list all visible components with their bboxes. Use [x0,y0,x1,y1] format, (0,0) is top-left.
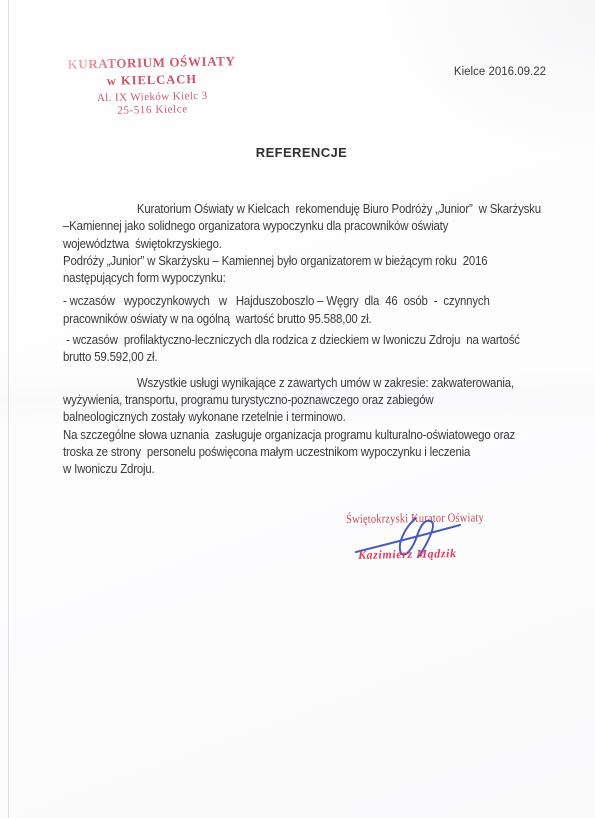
body-line: wyżywienia, transportu, programu turysty… [63,391,582,408]
body-line: Wszystkie usługi wynikające z zawartych … [63,374,582,391]
body-line: Kuratorium Oświaty w Kielcach rekomenduj… [63,200,582,217]
body-line: województwa świętokrzyskiego. [63,235,582,252]
body-line: - wczasów profilaktyczno-leczniczych dla… [63,331,582,348]
body-line: pracowników oświaty w na ogólną wartość … [63,310,582,327]
body-line: –Kamiennej jako solidnego organizatora w… [63,217,582,234]
body-line: w Iwoniczu Zdroju. [63,460,582,477]
body-line: następujących form wypoczynku: [63,269,582,286]
scan-edge-line [8,0,9,818]
letter-body: Kuratorium Oświaty w Kielcach rekomenduj… [63,200,582,477]
body-line: Podróży „Junior” w Skarżysku – Kamiennej… [63,252,582,269]
body-line: balneologicznych zostały wykonane rzetel… [63,408,582,425]
body-line: - wczasów wypoczynkowych w Hajduszoboszl… [63,292,582,309]
stamp-postal-city: 25-516 Kielce [62,102,242,118]
scanned-page: KURATORIUM OŚWIATY w KIELCACH Al. IX Wie… [0,0,595,818]
body-line: brutto 59.592,00 zł. [63,348,582,365]
paragraph-holiday-item: - wczasów wypoczynkowych w Hajduszoboszl… [63,292,582,327]
scan-shading-top-right [375,0,595,160]
stamp-org-city: w KIELCACH [62,71,242,90]
date-line: Kielce 2016.09.22 [454,66,546,78]
paragraph-closing: Wszystkie usługi wynikające z zawartych … [63,374,582,478]
body-line: Na szczególne słowa uznania zasługuje or… [63,426,582,443]
body-line: troska ze strony personelu poświęcona ma… [63,443,582,460]
paragraph-recommendation: Kuratorium Oświaty w Kielcach rekomenduj… [63,200,582,286]
signatory-name-stamp: Kazimierz Mądzik [358,546,457,563]
stamp-org-name: KURATORIUM OŚWIATY [61,53,241,73]
office-stamp: KURATORIUM OŚWIATY w KIELCACH Al. IX Wie… [61,53,242,118]
paragraph-health-item: - wczasów profilaktyczno-leczniczych dla… [63,331,582,366]
document-title: REFERENCJE [63,145,540,160]
